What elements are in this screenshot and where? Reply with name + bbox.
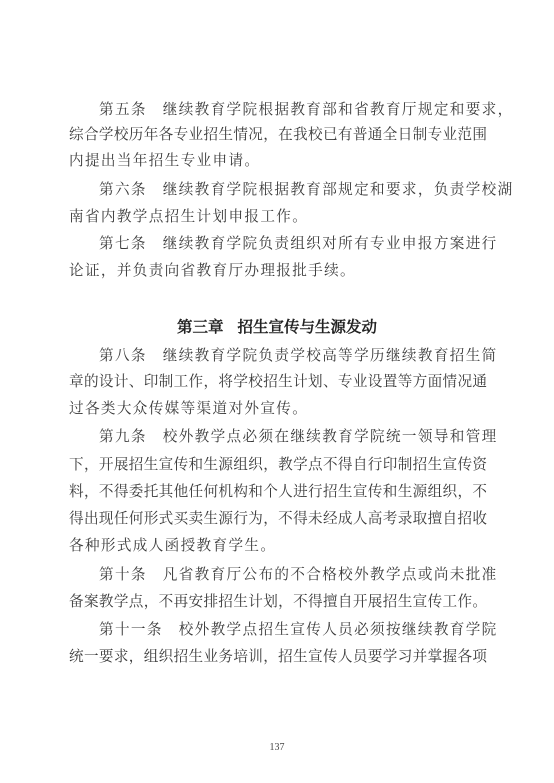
- article-8-line-2: 章的设计、印制工作，将学校招生计划、专业设置等方面情况通: [69, 372, 487, 392]
- article-8-line-3: 过各类大众传媒等渠道对外宣传。: [69, 399, 487, 419]
- article-9-line-1: 第九条 校外教学点必须在继续教育学院统一领导和管理: [69, 427, 487, 447]
- chapter-heading: 第三章招生宣传与生源发动: [0, 317, 554, 337]
- article-10-line-1: 第十条 凡省教育厅公布的不合格校外教学点或尚未批准: [69, 565, 487, 585]
- chapter-title: 招生宣传与生源发动: [238, 318, 378, 336]
- document-page: 第五条 继续教育学院根据教育部和省教育厅规定和要求， 综合学校历年各专业招生情况…: [0, 0, 554, 783]
- article-8-line-1: 第八条 继续教育学院负责学校高等学历继续教育招生简: [69, 346, 487, 366]
- article-11-line-1: 第十一条 校外教学点招生宣传人员必须按继续教育学院: [69, 620, 487, 640]
- article-9-line-2: 下，开展招生宣传和生源组织，教学点不得自行印制招生宣传资: [69, 455, 487, 475]
- article-11-line-2: 统一要求，组织招生业务培训，招生宣传人员要学习并掌握各项: [69, 647, 487, 667]
- article-9-line-3: 料，不得委托其他任何机构和个人进行招生宣传和生源组织，不: [69, 482, 487, 502]
- article-7-line-1: 第七条 继续教育学院负责组织对所有专业申报方案进行: [69, 234, 487, 254]
- chapter-number: 第三章: [177, 318, 224, 336]
- article-6-line-2: 南省内教学点招生计划申报工作。: [69, 207, 487, 227]
- article-5-line-3: 内提出当年招生专业申请。: [69, 151, 487, 171]
- article-10-line-2: 备案教学点，不再安排招生计划，不得擅自开展招生宣传工作。: [69, 592, 487, 612]
- article-9-line-4: 得出现任何形式买卖生源行为，不得未经成人高考录取擅自招收: [69, 509, 487, 529]
- article-5-line-1: 第五条 继续教育学院根据教育部和省教育厅规定和要求，: [69, 100, 487, 120]
- article-9-line-5: 各种形式成人函授教育学生。: [69, 536, 487, 556]
- page-number: 137: [0, 742, 554, 753]
- article-6-line-1: 第六条 继续教育学院根据教育部规定和要求，负责学校湖: [69, 180, 487, 200]
- article-7-line-2: 论证，并负责向省教育厅办理报批手续。: [69, 261, 487, 281]
- article-5-line-2: 综合学校历年各专业招生情况，在我校已有普通全日制专业范围: [69, 125, 487, 145]
